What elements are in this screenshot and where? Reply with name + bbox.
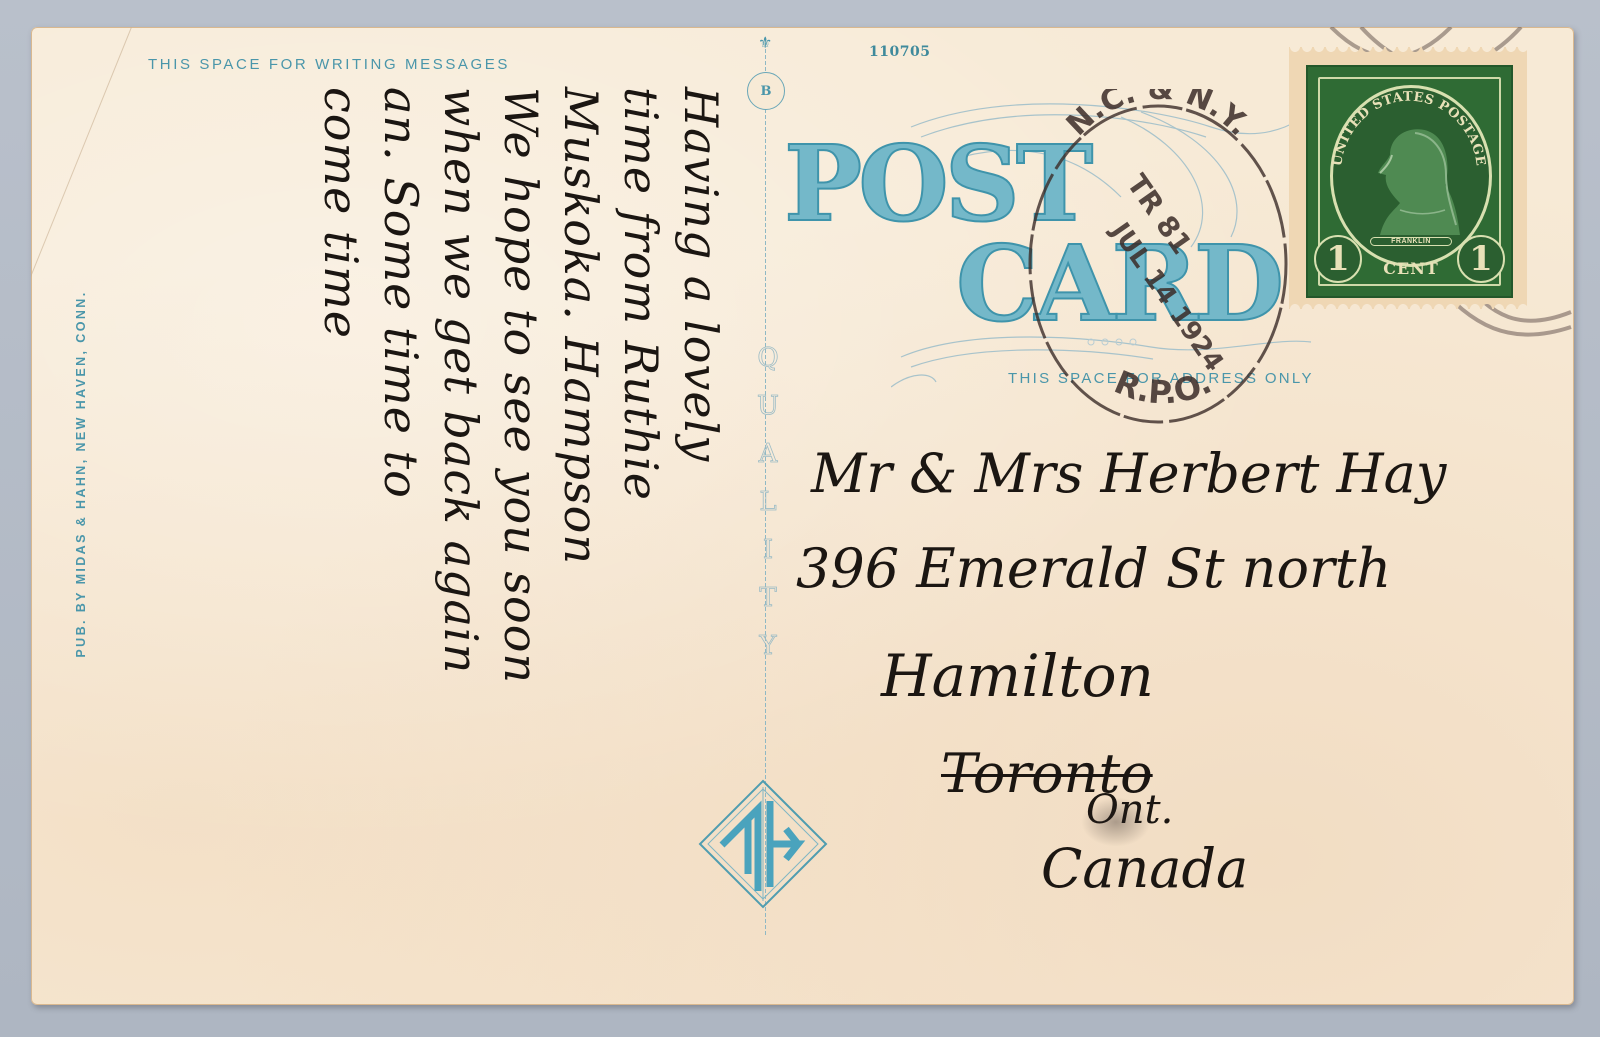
fleur-ornament-icon: ⚜: [758, 33, 772, 53]
address-street: 396 Emerald St north: [796, 537, 1391, 600]
message-line: time from Ruthie: [611, 87, 671, 907]
publisher-imprint: PUB. BY MIDAS & HAHN, NEW HAVEN, CONN.: [74, 104, 88, 844]
handwritten-message: Having a lovely time from Ruthie Muskoka…: [311, 87, 731, 907]
publisher-seal: B: [747, 72, 785, 110]
seal-monogram: B: [761, 84, 772, 99]
serial-number: 110705: [869, 44, 930, 60]
address-city: Hamilton: [881, 642, 1154, 710]
stamp-denomination-left: 1: [1314, 235, 1362, 283]
stamp-portrait-name: FRANKLIN: [1370, 237, 1452, 246]
quality-letter: L: [759, 484, 776, 520]
ink-smudge: [1081, 797, 1151, 847]
franklin-portrait-icon: [1360, 115, 1460, 235]
message-line: Having a lovely: [671, 87, 731, 907]
quality-divider-text: Q U A L I T Y: [757, 340, 779, 664]
postcard-back: THIS SPACE FOR WRITING MESSAGES PUB. BY …: [31, 27, 1574, 1005]
message-line: We hope to see you soon: [491, 87, 551, 907]
stamp-denomination-right: 1: [1457, 235, 1505, 283]
svg-text:N.C. & N.Y.: N.C. & N.Y.: [1060, 89, 1257, 143]
stamp-unit: CENT: [1366, 259, 1456, 278]
quality-letter: Y: [759, 628, 776, 664]
postage-stamp: UNITED STATES POSTAGE FRANKLIN 1 1 CENT: [1306, 65, 1513, 298]
quality-letter: A: [759, 436, 778, 472]
address-name: Mr & Mrs Herbert Hay: [811, 442, 1446, 505]
postmark-cancel: N.C. & N.Y. R.P.O. TR 81 JUL 14 1924: [1003, 89, 1303, 439]
message-space-heading: THIS SPACE FOR WRITING MESSAGES: [148, 56, 510, 73]
quality-letter: U: [757, 388, 779, 424]
quality-letter: T: [759, 580, 776, 616]
message-line: Muskoka. Hampson: [551, 87, 611, 907]
message-line: when we get back again: [431, 87, 491, 907]
message-line: an. Some time to: [371, 87, 431, 907]
quality-letter: Q: [757, 340, 778, 376]
quality-letter: I: [763, 532, 773, 568]
message-line: come time: [311, 87, 371, 907]
